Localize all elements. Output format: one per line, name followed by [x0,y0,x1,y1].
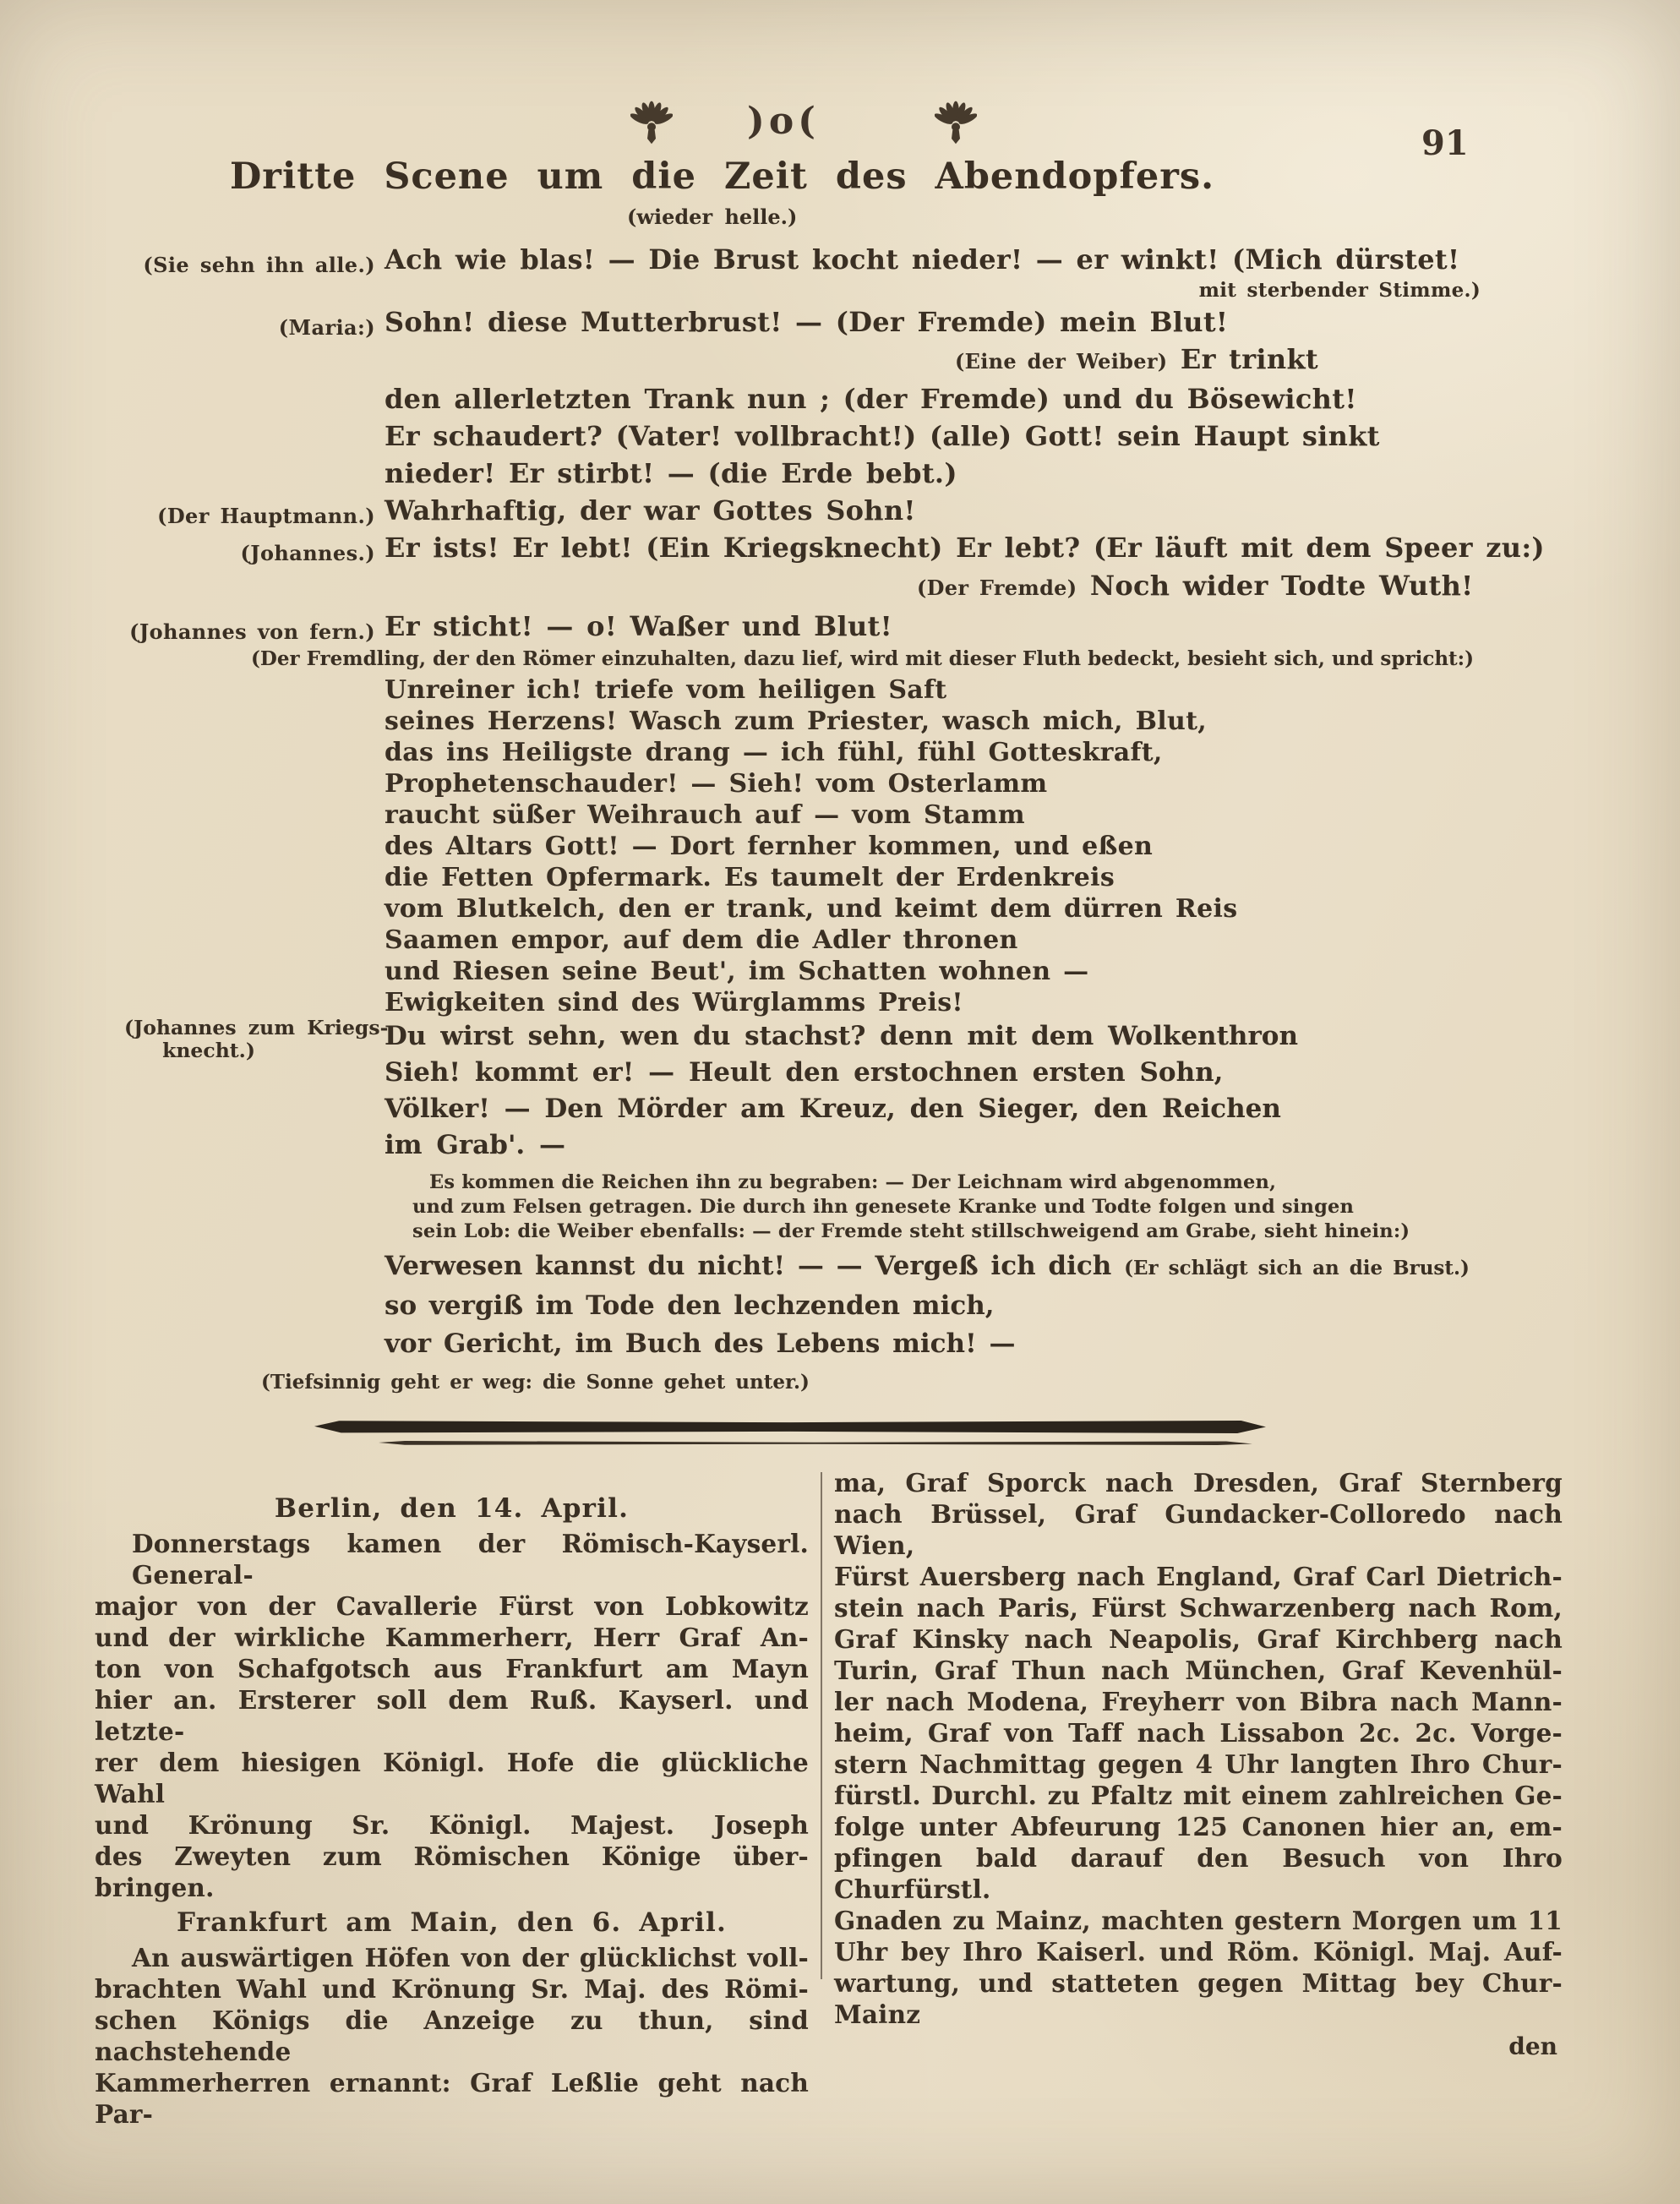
stage-direction-line: sein Lob: die Weiber ebenfalls: — der Fr… [412,1219,1511,1244]
scene-subtitle: (wieder helle.) [627,205,1680,229]
verse-line: Völker! — Den Mörder am Kreuz, den Siege… [385,1091,1680,1127]
verse-line: Ewigkeiten sind des Würglamms Preis! [385,987,1680,1018]
dialogue-line: nieder! Er stirbt! — (die Erde bebt.) [95,455,1574,492]
dateline-berlin: Berlin, den 14. April. [95,1489,809,1528]
dialogue-line: (Der Fremde) Noch wider Todte Wuth! [95,566,1574,608]
dialogue-line: vor Gericht, im Buch des Lebens mich! — [385,1325,1680,1363]
closing-speech: Verwesen kannst du nicht! — — Vergeß ich… [385,1247,1680,1395]
verse-line: die Fetten Opfermark. Es taumelt der Erd… [385,862,1680,893]
text-line: Turin, Graf Thun nach München, Graf Keve… [834,1655,1563,1686]
dialogue-line: Verwesen kannst du nicht! — — Vergeß ich… [385,1247,1680,1287]
verse-line: Prophetenschauder! — Sieh! vom Osterlamm [385,768,1680,799]
text-line: schen Königs die Anzeige zu thun, sind n… [95,2005,809,2067]
dialogue-line: Er schaudert? (Vater! vollbracht!) (alle… [95,417,1574,455]
section-divider-rule-thin [379,1441,1252,1445]
text-line: fürstl. Durchl. zu Pfaltz mit einem zahl… [834,1780,1563,1811]
dialogue-line: (Der Hauptmann.) Wahrhaftig, der war Got… [95,492,1574,529]
stage-note: mit sterbender Stimme.) [95,278,1481,303]
verse-line: im Grab'. — [385,1127,1680,1164]
text-line: Uhr bey Ihro Kaiserl. und Röm. Königl. M… [834,1936,1563,1967]
text-line: An auswärtigen Höfen von der glücklichst… [95,1942,809,1973]
stage-note-text: mit sterbender Stimme.) [1199,279,1481,302]
shell-fleuron-icon [630,98,673,145]
speaker-inline-label: (Eine der Weiber) [955,349,1167,374]
news-column-left: Berlin, den 14. April. Donnerstags kamen… [95,1467,809,2130]
text-line: ton von Schafgotsch aus Frankfurt am May… [95,1653,809,1684]
text-line: folge unter Abfeurung 125 Canonen hier a… [834,1811,1563,1842]
dialogue-line: den allerletzten Trank nun ; (der Fremde… [95,380,1574,417]
johannes-speech: (Johannes zum Kriegs- knecht.) Du wirst … [385,1018,1680,1164]
text-line: und der wirkliche Kammerherr, Herr Graf … [95,1622,809,1653]
column-divider-rule [821,1472,822,1979]
verse-line: seines Herzens! Wasch zum Priester, wasc… [385,706,1680,737]
scene-verse: Unreiner ich! triefe vom heiligen Saft s… [385,674,1680,1018]
dialogue-text: Wahrhaftig, der war Gottes Sohn! [385,494,916,526]
text-line: hier an. Ersterer soll dem Ruß. Kayserl.… [95,1684,809,1747]
dialogue-text: Er ists! Er lebt! (Ein Kriegsknecht) Er … [385,532,1545,564]
section-divider-rule [314,1421,1266,1433]
text-line: Gnaden zu Mainz, machten gestern Morgen … [834,1905,1563,1936]
text-line: und Krönung Sr. Königl. Majest. Joseph [95,1809,809,1841]
dialogue-text: nieder! Er stirbt! — (die Erde bebt.) [385,457,957,489]
verse-line: und Riesen seine Beut', im Schatten wohn… [385,956,1680,987]
dialogue-text: Ach wie blas! — Die Brust kocht nieder! … [385,243,1459,275]
stage-note: (Er schlägt sich an die Brust.) [1124,1257,1470,1279]
text-line: ma, Graf Sporck nach Dresden, Graf Stern… [834,1467,1563,1498]
text-line: ler nach Modena, Freyherr von Bibra nach… [834,1686,1563,1717]
text-line: rer dem hiesigen Königl. Hofe die glückl… [95,1747,809,1809]
verse-line: vom Blutkelch, den er trank, und keimt d… [385,893,1680,925]
printers-mark: )o( [747,100,820,143]
dialogue-text: Er sticht! — o! Waßer und Blut! [385,610,892,642]
text-line: stein nach Paris, Fürst Schwarzenberg na… [834,1592,1563,1623]
speaker-label: (Johannes von fern.) [95,614,375,651]
text-line: heim, Graf von Taff nach Lissabon 2c. 2c… [834,1717,1563,1748]
dialogue-text: Er trinkt [1181,343,1318,375]
verse-line: raucht süßer Weihrauch auf — vom Stamm [385,799,1680,831]
text-line: major von der Cavallerie Fürst von Lobko… [95,1590,809,1622]
speaker-label: (Johannes zum Kriegs- knecht.) [124,1017,293,1062]
dialogue-line: so vergiß im Tode den lechzenden mich, [385,1287,1680,1325]
dialogue-line: (Sie sehn ihn alle.) Ach wie blas! — Die… [95,241,1574,278]
stage-direction: (Tiefsinnig geht er weg: die Sonne gehet… [261,1370,1680,1395]
dialogue-text: Sohn! diese Mutterbrust! — (Der Fremde) … [385,306,1228,338]
text-line: stern Nachmittag gegen 4 Uhr langten Ihr… [834,1748,1563,1780]
verse-line: des Altars Gott! — Dort fernher kommen, … [385,831,1680,862]
text-line: Graf Kinsky nach Neapolis, Graf Kirchber… [834,1623,1563,1655]
dateline-frankfurt: Frankfurt am Main, den 6. April. [95,1903,809,1942]
text-line: Fürst Auersberg nach England, Graf Carl … [834,1561,1563,1592]
verse-line: Du wirst sehn, wen du stachst? denn mit … [385,1018,1680,1055]
dialogue-text: Verwesen kannst du nicht! — — Vergeß ich… [385,1251,1111,1281]
catchword: den [834,2032,1563,2060]
dialogue-line: (Johannes von fern.) Er sticht! — o! Waß… [95,608,1574,645]
text-line: des Zweyten zum Römischen Könige über- [95,1841,809,1872]
document-page: )o( 91 Dritte Scene um die Zeit des Aben… [0,0,1680,2204]
dialogue-text: Er schaudert? (Vater! vollbracht!) (alle… [385,420,1380,452]
speaker-label-line: (Johannes zum Kriegs- [124,1016,388,1039]
text-line: bringen. [95,1872,809,1903]
text-line: Donnerstags kamen der Römisch-Kayserl. G… [95,1528,809,1590]
shell-fleuron-icon [935,98,977,145]
dialogue-line: (Johannes.) Er ists! Er lebt! (Ein Krieg… [95,529,1574,566]
dialogue-text: den allerletzten Trank nun ; (der Fremde… [385,383,1357,415]
verse-line: Sieh! kommt er! — Heult den erstochnen e… [385,1055,1680,1091]
news-section: Berlin, den 14. April. Donnerstags kamen… [95,1467,1680,2130]
verse-line: Saamen empor, auf dem die Adler thronen [385,925,1680,956]
speaker-inline-label: (Der Fremde) [917,576,1077,600]
verse-line: das ins Heiligste drang — ich fühl, fühl… [385,737,1680,768]
dialogue-line: (Maria:) Sohn! diese Mutterbrust! — (Der… [95,303,1574,341]
dialogue-text: Noch wider Todte Wuth! [1090,570,1474,602]
text-line: pfingen bald darauf den Besuch von Ihro … [834,1842,1563,1905]
stage-direction-line: Es kommen die Reichen ihn zu begraben: —… [412,1170,1511,1195]
page-number: 91 [1421,123,1469,163]
dialogue-line: (Eine der Weiber) Er trinkt [95,341,1574,380]
scene-dialogue: (Sie sehn ihn alle.) Ach wie blas! — Die… [95,241,1574,673]
text-line: brachten Wahl und Krönung Sr. Maj. des R… [95,1973,809,2005]
stage-direction-line: und zum Felsen getragen. Die durch ihn g… [412,1195,1511,1219]
speaker-label-line: knecht.) [162,1039,255,1062]
text-line: Kammerherren ernannt: Graf Leßlie geht n… [95,2067,809,2130]
verse-line: Unreiner ich! triefe vom heiligen Saft [385,674,1680,706]
burial-stage-direction: Es kommen die Reichen ihn zu begraben: —… [412,1170,1511,1244]
page-header: )o( 91 [0,0,1680,150]
text-line: wartung, und statteten gegen Mittag bey … [834,1967,1563,2030]
news-column-right: ma, Graf Sporck nach Dresden, Graf Stern… [834,1467,1563,2130]
text-line: nach Brüssel, Graf Gundacker-Colloredo n… [834,1498,1563,1561]
